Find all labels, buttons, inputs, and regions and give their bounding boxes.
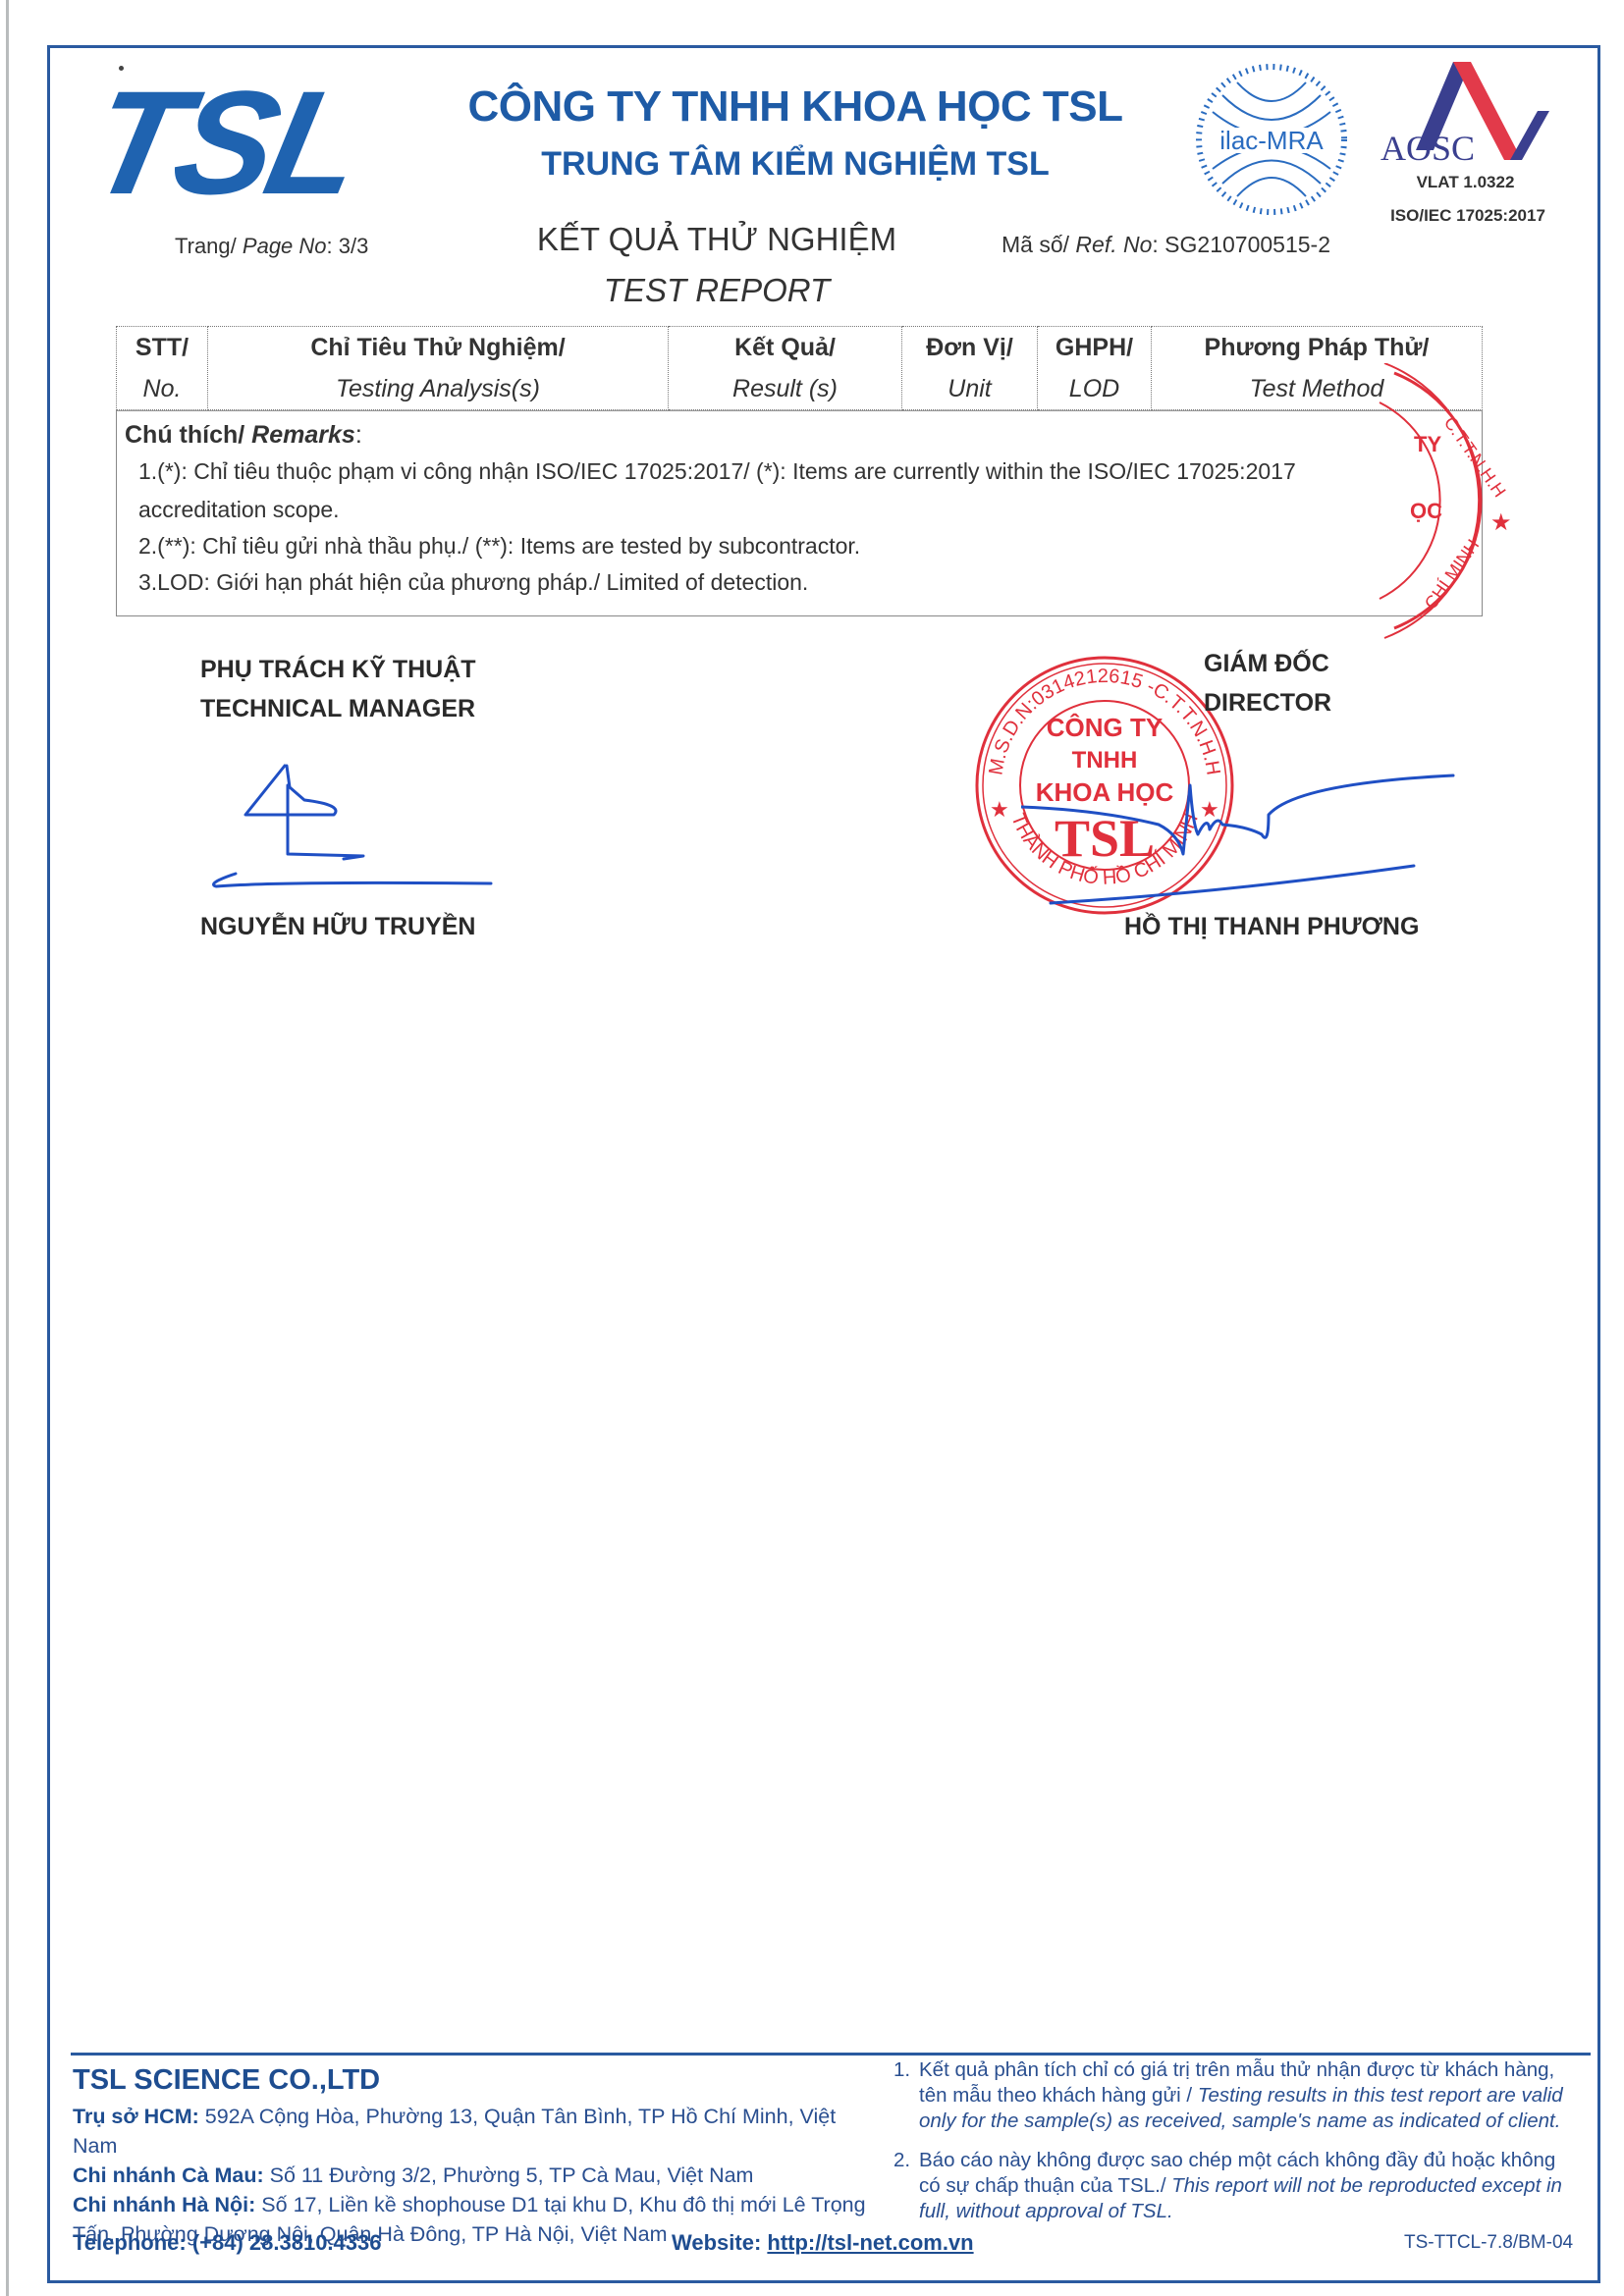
report-title-vn: KẾT QUẢ THỬ NGHIỆM <box>511 221 923 258</box>
footer-addresses: Trụ sở HCM: 592A Cộng Hòa, Phường 13, Qu… <box>73 2102 878 2249</box>
tech-manager-name: NGUYỄN HỮU TRUYỀN <box>200 913 475 941</box>
page-number: Trang/ Page No: 3/3 <box>175 234 368 259</box>
aosc-logo: AOSC <box>1375 57 1556 185</box>
ilac-mra-logo: ilac-MRA <box>1193 61 1350 218</box>
camau-address: Chi nhánh Cà Mau: Số 11 Đường 3/2, Phườn… <box>73 2161 878 2190</box>
remark-2: 2.(**): Chỉ tiêu gửi nhà thầu phụ./ (**)… <box>138 533 860 560</box>
col-lod: GHPH/LOD <box>1038 327 1152 410</box>
svg-text:C.T.T.N.H.H: C.T.T.N.H.H <box>1440 413 1510 501</box>
tech-role-en: TECHNICAL MANAGER <box>200 689 476 728</box>
remarks-title: Chú thích/ Remarks: <box>125 421 362 450</box>
svg-text:ilac-MRA: ilac-MRA <box>1219 126 1324 155</box>
center-name: TRUNG TÂM KIỂM NGHIỆM TSL <box>412 145 1178 184</box>
footer-company: TSL SCIENCE CO.,LTD <box>73 2064 380 2097</box>
company-stamp-partial: C.T.T.N.H.H CHÍ MINH TY ỌC ★ <box>1375 363 1561 648</box>
report-title-en: TEST REPORT <box>511 272 923 309</box>
svg-text:CÔNG TY: CÔNG TY <box>1047 713 1163 742</box>
company-name: CÔNG TY TNHH KHOA HỌC TSL <box>412 82 1178 132</box>
svg-text:★: ★ <box>1490 509 1512 536</box>
director-role-en: DIRECTOR <box>1204 683 1331 722</box>
remark-1: 1.(*): Chỉ tiêu thuộc phạm vi công nhận … <box>138 458 1296 485</box>
remark-1-cont: accreditation scope. <box>138 497 340 523</box>
iso-standard: ISO/IEC 17025:2017 <box>1370 206 1566 226</box>
results-table-header: STT/No. Chỉ Tiêu Thử Nghiệm/Testing Anal… <box>116 326 1483 410</box>
technical-manager-signature <box>196 756 511 913</box>
footer-divider <box>71 2053 1591 2056</box>
director-block: GIÁM ĐỐC DIRECTOR <box>1204 644 1331 722</box>
svg-text:ỌC: ỌC <box>1410 499 1442 523</box>
director-name: HỒ THỊ THANH PHƯƠNG <box>1124 913 1419 941</box>
tsl-logo: TSL <box>79 69 370 216</box>
svg-text:AOSC: AOSC <box>1380 129 1475 168</box>
technical-manager-block: PHỤ TRÁCH KỸ THUẬT TECHNICAL MANAGER <box>200 650 476 728</box>
footer-note-1: 1.Kết quả phân tích chỉ có giá trị trên … <box>893 2057 1581 2134</box>
form-code: TS-TTCL-7.8/BM-04 <box>1404 2232 1573 2254</box>
remarks-box: Chú thích/ Remarks: 1.(*): Chỉ tiêu thuộ… <box>116 410 1483 616</box>
col-no: STT/No. <box>117 327 208 410</box>
footer-notes: 1.Kết quả phân tích chỉ có giá trị trên … <box>893 2057 1581 2238</box>
director-signature <box>1021 756 1473 923</box>
footer-note-2: 2.Báo cáo này không được sao chép một cá… <box>893 2148 1581 2224</box>
col-testing-analysis: Chỉ Tiêu Thử Nghiệm/Testing Analysis(s) <box>208 327 669 410</box>
footer-telephone: Telephone: (+84) 28.3810.4336 <box>73 2230 381 2256</box>
scan-edge-line <box>6 0 9 2296</box>
col-unit: Đơn Vị/Unit <box>902 327 1038 410</box>
remark-3: 3.LOD: Giới hạn phát hiện của phương phá… <box>138 569 808 596</box>
tech-role-vn: PHỤ TRÁCH KỸ THUẬT <box>200 650 476 689</box>
col-result: Kết Quả/Result (s) <box>669 327 902 410</box>
svg-text:TY: TY <box>1414 432 1441 456</box>
svg-text:★: ★ <box>990 797 1009 822</box>
reference-number: Mã số/ Ref. No: SG210700515-2 <box>1001 232 1330 258</box>
director-role-vn: GIÁM ĐỐC <box>1204 644 1331 683</box>
hq-address: Trụ sở HCM: 592A Cộng Hòa, Phường 13, Qu… <box>73 2102 878 2161</box>
vlat-code: VLAT 1.0322 <box>1375 173 1556 192</box>
